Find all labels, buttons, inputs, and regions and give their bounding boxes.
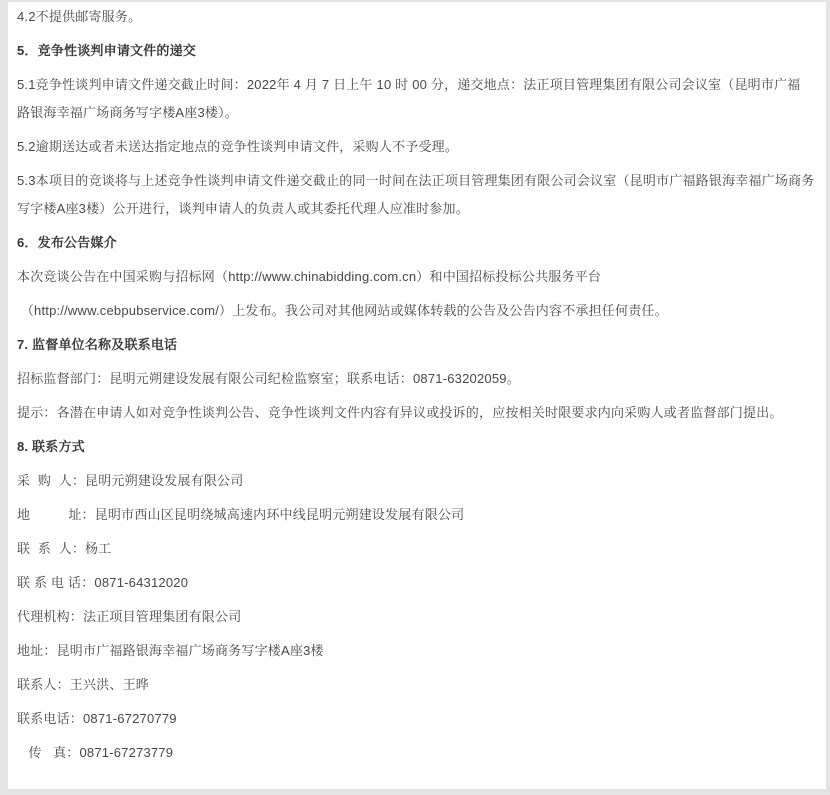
para-6-publish-sites: 本次竞谈公告在中国采购与招标网（http://www.chinabidding.… xyxy=(17,263,818,291)
announcement-document: 4.2不提供邮寄服务。 5．竞争性谈判申请文件的递交 5.1竞争性谈判申请文件递… xyxy=(8,2,826,789)
para-agency-address: 地址：昆明市广福路银海幸福广场商务写字楼A座3楼 xyxy=(17,637,818,665)
section-heading-6-media: 6．发布公告媒介 xyxy=(17,229,818,257)
para-6-publish-sites-cont: （http://www.cebpubservice.com/）上发布。我公司对其… xyxy=(17,297,818,325)
para-purchaser-phone: 联 系 电 话：0871-64312020 xyxy=(17,569,818,597)
para-7-supervision-dept: 招标监督部门：昆明元朔建设发展有限公司纪检监察室；联系电话：0871-63202… xyxy=(17,365,818,393)
page-frame: 4.2不提供邮寄服务。 5．竞争性谈判申请文件的递交 5.1竞争性谈判申请文件递… xyxy=(0,0,830,795)
para-4-2-no-mail-service: 4.2不提供邮寄服务。 xyxy=(17,3,818,31)
para-agency-name: 代理机构：法正项目管理集团有限公司 xyxy=(17,603,818,631)
para-agency-fax: 传 真：0871-67273779 xyxy=(17,739,818,767)
para-7-tip: 提示：各潜在申请人如对竞争性谈判公告、竞争性谈判文件内容有异议或投诉的，应按相关… xyxy=(17,399,818,427)
para-5-2-late-delivery: 5.2逾期送达或者未送达指定地点的竞争性谈判申请文件，采购人不予受理。 xyxy=(17,133,818,161)
section-heading-8-contact: 8. 联系方式 xyxy=(17,433,818,461)
para-5-1-deadline-and-place: 5.1竞争性谈判申请文件递交截止时间：2022年 4 月 7 日上午 10 时 … xyxy=(17,71,818,127)
para-agency-phone: 联系电话：0871-67270779 xyxy=(17,705,818,733)
para-agency-contact-person: 联系人：王兴洪、王晔 xyxy=(17,671,818,699)
document-body: 4.2不提供邮寄服务。 5．竞争性谈判申请文件的递交 5.1竞争性谈判申请文件递… xyxy=(17,3,818,767)
para-purchaser-address: 地 址：昆明市西山区昆明绕城高速内环中线昆明元朔建设发展有限公司 xyxy=(17,501,818,529)
para-purchaser-contact-person: 联 系 人：杨工 xyxy=(17,535,818,563)
section-heading-5-submission: 5．竞争性谈判申请文件的递交 xyxy=(17,37,818,65)
para-purchaser-name: 采 购 人：昆明元朔建设发展有限公司 xyxy=(17,467,818,495)
section-heading-7-supervision: 7. 监督单位名称及联系电话 xyxy=(17,331,818,359)
para-5-3-opening-time: 5.3本项目的竞谈将与上述竞争性谈判申请文件递交截止的同一时间在法正项目管理集团… xyxy=(17,167,818,223)
